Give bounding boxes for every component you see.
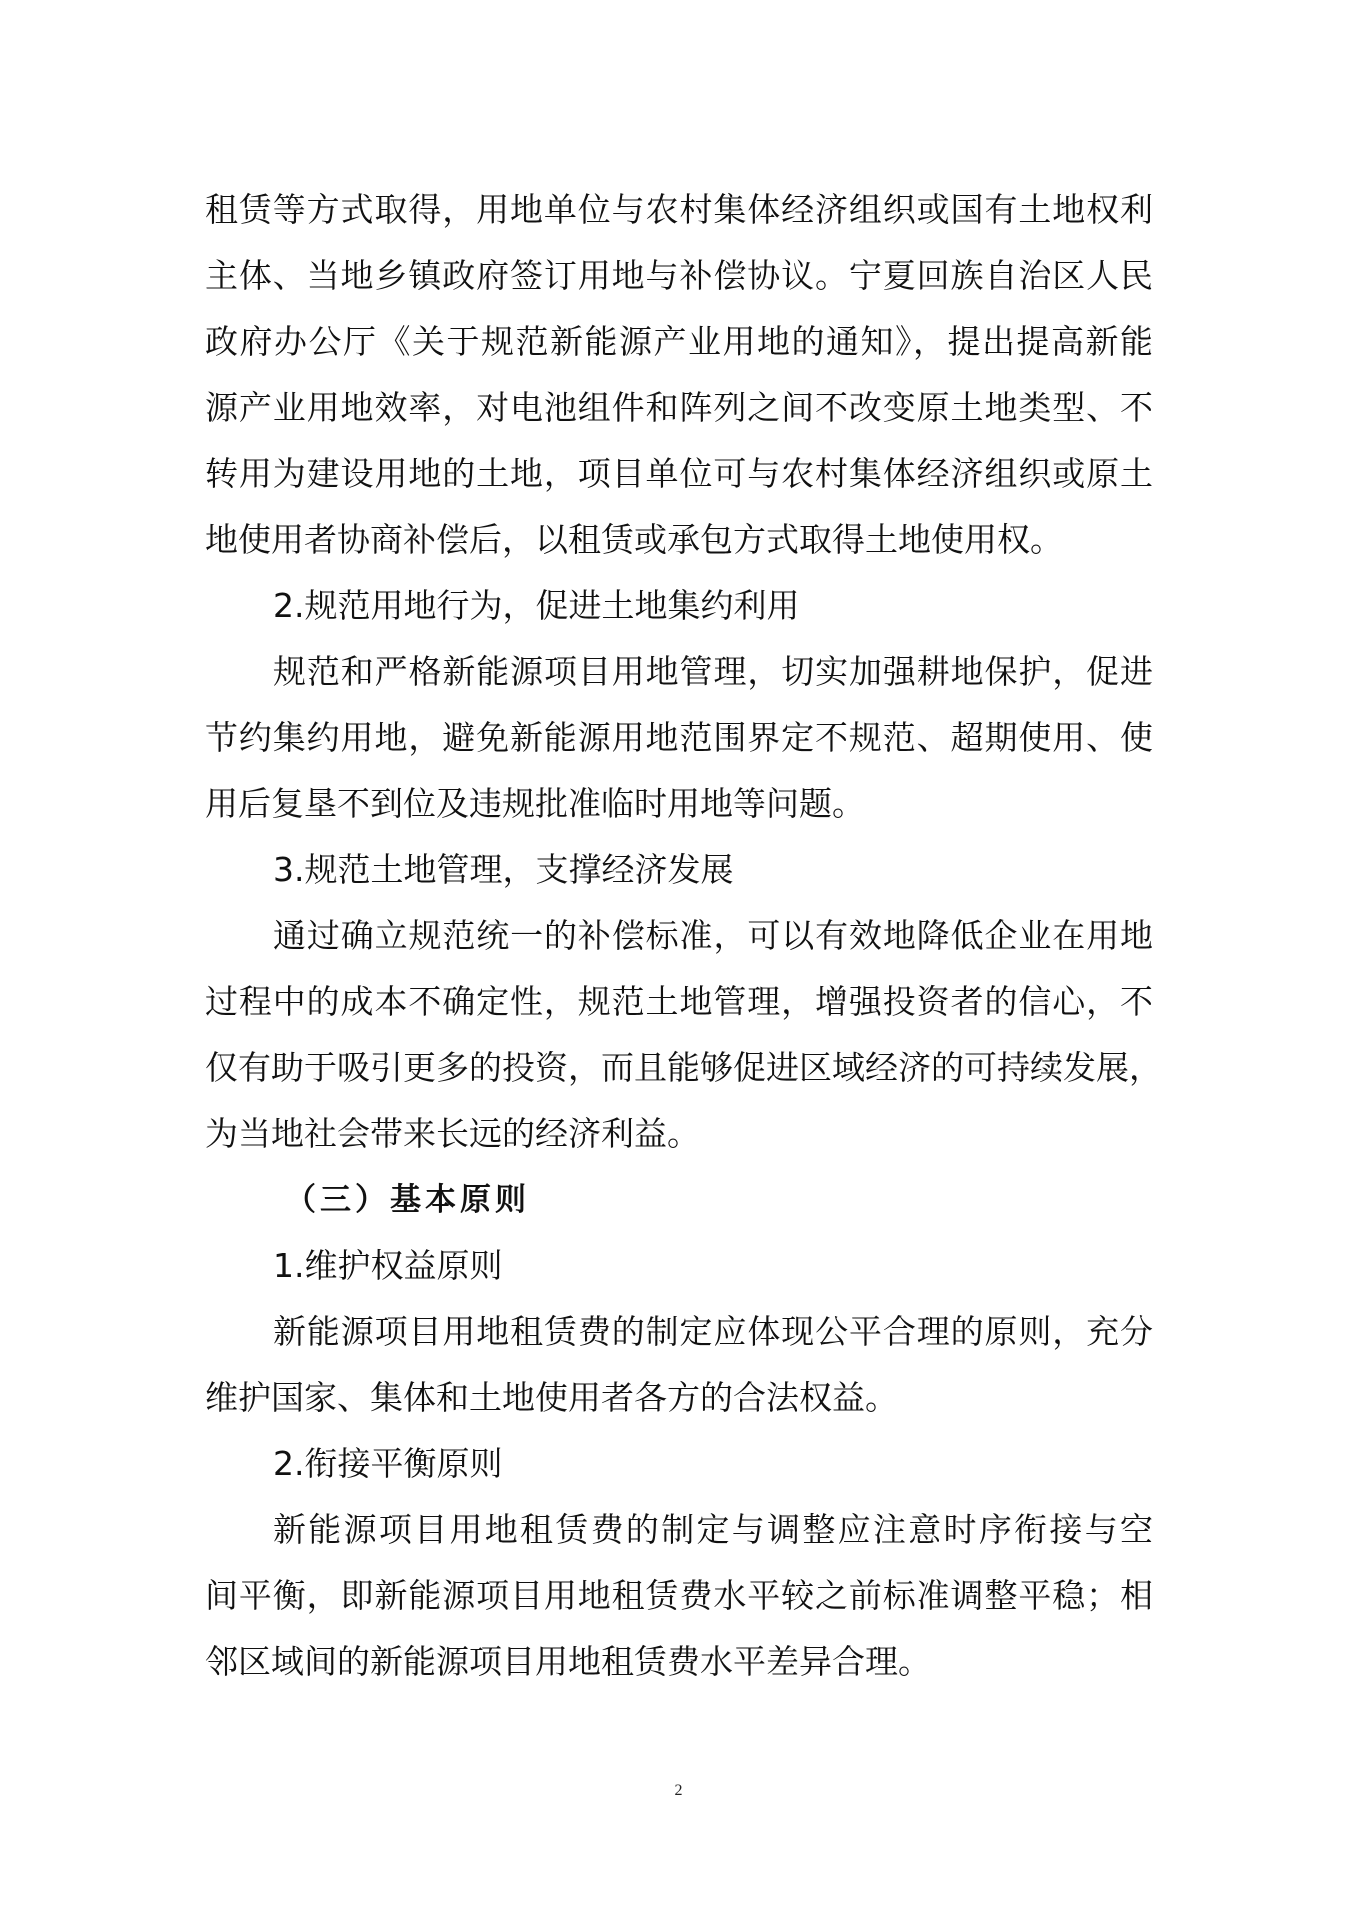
paragraph-balance-principle: 新能源项目用地租赁费的制定与调整应注意时序衔接与空 间平衡，即新能源项目用地租赁… bbox=[205, 1497, 1153, 1695]
text-line: 通过确立规范统一的补偿标准，可以有效地降低企业在用地 bbox=[205, 903, 1153, 969]
text-line: 新能源项目用地租赁费的制定与调整应注意时序衔接与空 bbox=[205, 1497, 1153, 1563]
text-line: 主体、当地乡镇政府签订用地与补偿协议。宁夏回族自治区人民 bbox=[205, 243, 1153, 309]
text-line: 规范和严格新能源项目用地管理，切实加强耕地保护，促进 bbox=[205, 639, 1153, 705]
section-heading-basic-principles: （三）基本原则 bbox=[205, 1167, 1153, 1233]
text-line: 租赁等方式取得，用地单位与农村集体经济组织或国有土地权利 bbox=[205, 177, 1153, 243]
text-line: 邻区域间的新能源项目用地租赁费水平差异合理。 bbox=[205, 1629, 1153, 1695]
document-body: 租赁等方式取得，用地单位与农村集体经济组织或国有土地权利 主体、当地乡镇政府签订… bbox=[205, 177, 1153, 1695]
paragraph-land-management: 通过确立规范统一的补偿标准，可以有效地降低企业在用地 过程中的成本不确定性，规范… bbox=[205, 903, 1153, 1167]
subheading-land-management: 3.规范土地管理，支撑经济发展 bbox=[205, 837, 1153, 903]
text-line: 仅有助于吸引更多的投资，而且能够促进区域经济的可持续发展， bbox=[205, 1035, 1153, 1101]
subheading-regulate-land-use: 2.规范用地行为，促进土地集约利用 bbox=[205, 573, 1153, 639]
text-line: 节约集约用地，避免新能源用地范围界定不规范、超期使用、使 bbox=[205, 705, 1153, 771]
paragraph-protect-rights: 新能源项目用地租赁费的制定应体现公平合理的原则，充分 维护国家、集体和土地使用者… bbox=[205, 1299, 1153, 1431]
text-line: 过程中的成本不确定性，规范土地管理，增强投资者的信心，不 bbox=[205, 969, 1153, 1035]
paragraph-regulate-land-use: 规范和严格新能源项目用地管理，切实加强耕地保护，促进 节约集约用地，避免新能源用… bbox=[205, 639, 1153, 837]
subheading-protect-rights: 1.维护权益原则 bbox=[205, 1233, 1153, 1299]
text-line: 间平衡，即新能源项目用地租赁费水平较之前标准调整平稳；相 bbox=[205, 1563, 1153, 1629]
page-number: 2 bbox=[0, 1782, 1357, 1800]
subheading-balance-principle: 2.衔接平衡原则 bbox=[205, 1431, 1153, 1497]
text-line: 源产业用地效率，对电池组件和阵列之间不改变原土地类型、不 bbox=[205, 375, 1153, 441]
text-line: 转用为建设用地的土地，项目单位可与农村集体经济组织或原土 bbox=[205, 441, 1153, 507]
text-line: 用后复垦不到位及违规批准临时用地等问题。 bbox=[205, 771, 1153, 837]
document-page: 租赁等方式取得，用地单位与农村集体经济组织或国有土地权利 主体、当地乡镇政府签订… bbox=[0, 0, 1357, 1920]
text-line: 政府办公厅《关于规范新能源产业用地的通知》，提出提高新能 bbox=[205, 309, 1153, 375]
text-line: 新能源项目用地租赁费的制定应体现公平合理的原则，充分 bbox=[205, 1299, 1153, 1365]
text-line: 地使用者协商补偿后，以租赁或承包方式取得土地使用权。 bbox=[205, 507, 1153, 573]
text-line: 维护国家、集体和土地使用者各方的合法权益。 bbox=[205, 1365, 1153, 1431]
paragraph-land-acquisition: 租赁等方式取得，用地单位与农村集体经济组织或国有土地权利 主体、当地乡镇政府签订… bbox=[205, 177, 1153, 573]
text-line: 为当地社会带来长远的经济利益。 bbox=[205, 1101, 1153, 1167]
